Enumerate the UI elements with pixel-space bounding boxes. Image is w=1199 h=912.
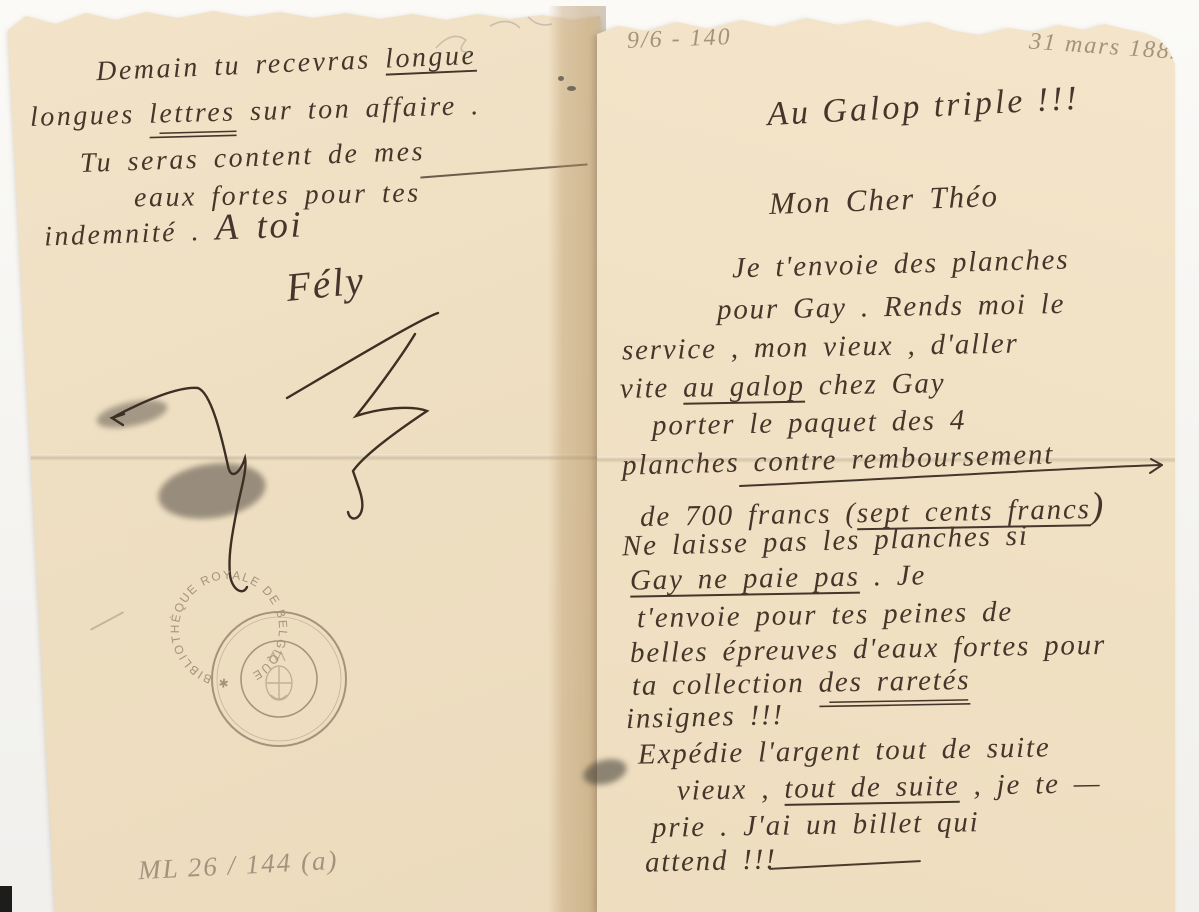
letter-line: indemnité . A toi (43, 203, 304, 255)
left-page: Demain tu recevras longue longues lettre… (8, 4, 600, 912)
letter-line: belles épreuves d'eaux fortes pour (630, 629, 1107, 670)
line-text: chez Gay (805, 367, 946, 401)
underlined-word: au galop (683, 370, 805, 404)
letter-line: Je t'envoie des planches (732, 244, 1070, 286)
letter-line: longues lettres sur ton affaire . (30, 90, 481, 134)
letter-line: vieux , tout de suite , je te — (677, 767, 1102, 807)
line-text: . Je (859, 559, 926, 592)
double-underlined-word: lettres (149, 97, 236, 139)
letter-line: Tu seras content de mes (80, 136, 426, 180)
line-text: vieux , (677, 773, 785, 807)
line-text: sur ton affaire . (235, 90, 481, 127)
letter-line: insignes !!! (626, 699, 785, 736)
salutation: Mon Cher Théo (768, 178, 999, 222)
line-text: longues (30, 99, 150, 133)
pencil-scribble (428, 6, 568, 68)
shelfmark-pencil: ML 26 / 144 (a) (137, 845, 339, 886)
letter-line: service , mon vieux , d'aller (622, 328, 1019, 368)
double-underlined-phrase: des raretés (818, 664, 970, 708)
line-text: , je te — (959, 767, 1101, 801)
line-text: indemnité . (44, 216, 216, 253)
letter-line: Expédie l'argent tout de suite (638, 731, 1051, 771)
line-text: Demain tu recevras (95, 44, 385, 88)
closing-phrase: A toi (215, 204, 304, 248)
ink-dot (567, 86, 576, 91)
letter-line: pour Gay . Rends moi le (717, 288, 1066, 327)
closing-rule (769, 860, 921, 870)
line-text: ta collection (632, 667, 819, 702)
letter-line: vite au galop chez Gay (620, 367, 946, 406)
scanned-letter: Demain tu recevras longue longues lettre… (0, 0, 1199, 912)
underlined-phrase: Gay ne paie pas (630, 561, 860, 597)
signature-flourish (90, 264, 600, 624)
inventory-number-pencil: 9/6 - 140 (627, 24, 733, 55)
line-text: ) (1090, 485, 1105, 527)
line-text: vite (620, 372, 684, 405)
letter-line: Demain tu recevras longue (95, 40, 477, 89)
date-pencil: 31 mars 1882 (1028, 29, 1175, 67)
line-text: planches (622, 446, 754, 481)
ink-dot (558, 76, 564, 81)
letter-line: t'envoie pour tes peines de (637, 596, 1014, 636)
letter-line: Gay ne paie pas . Je (630, 559, 927, 597)
library-stamp: ✱ BIBLIOTHÈQUE ROYALE DE BELGIQUE (191, 595, 367, 771)
letter-line: ta collection des raretés (632, 664, 971, 703)
letter-line: attend !!! (645, 843, 778, 879)
letter-line: prie . J'ai un billet qui (652, 806, 980, 845)
scanner-bed-sliver (0, 886, 12, 912)
letter-heading: Au Galop triple !!! (766, 80, 1080, 134)
right-page: 9/6 - 140 31 mars 1882 Au Galop triple !… (597, 0, 1175, 912)
letter-line: porter le paquet des 4 (652, 404, 967, 442)
underlined-phrase: tout de suite (784, 770, 960, 805)
